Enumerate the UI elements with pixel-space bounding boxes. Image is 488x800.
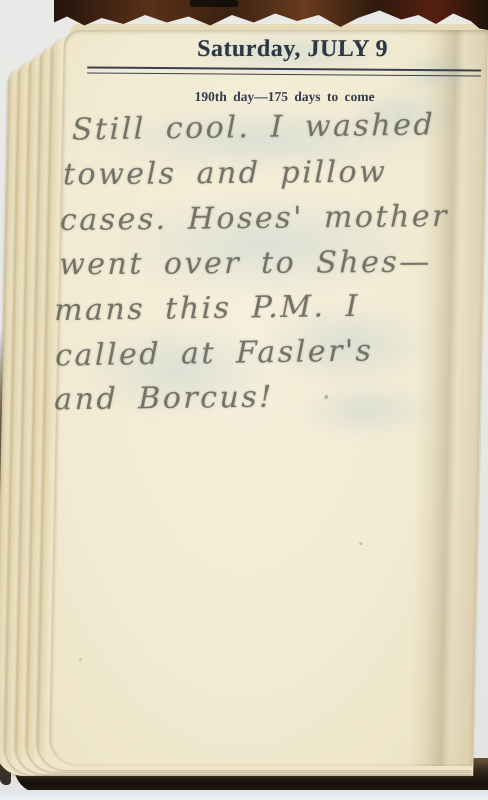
date-title: Saturday, JULY 9	[63, 36, 488, 63]
diary-page: Saturday, JULY 9 190th day—175 days to c…	[49, 30, 488, 766]
entry-line: and Borcus!	[54, 380, 274, 418]
entry-line: cases. Hoses' mother	[60, 199, 449, 238]
ink-showthrough	[295, 380, 436, 440]
entry-line: towels and pillow	[63, 155, 388, 193]
entry-line: mans this P.M. I	[54, 289, 360, 328]
entry-line: Still cool. I washed	[72, 107, 435, 147]
book-cover-top-edge-detail	[190, 0, 238, 7]
entry-line: went over to Shes—	[59, 245, 432, 283]
entry-line: called at Fasler's	[55, 334, 373, 374]
scanned-diary-page: Saturday, JULY 9 190th day—175 days to c…	[0, 0, 488, 800]
scanner-bottom-strip	[0, 790, 488, 800]
day-count-info: 190th day—175 days to come	[62, 89, 486, 105]
